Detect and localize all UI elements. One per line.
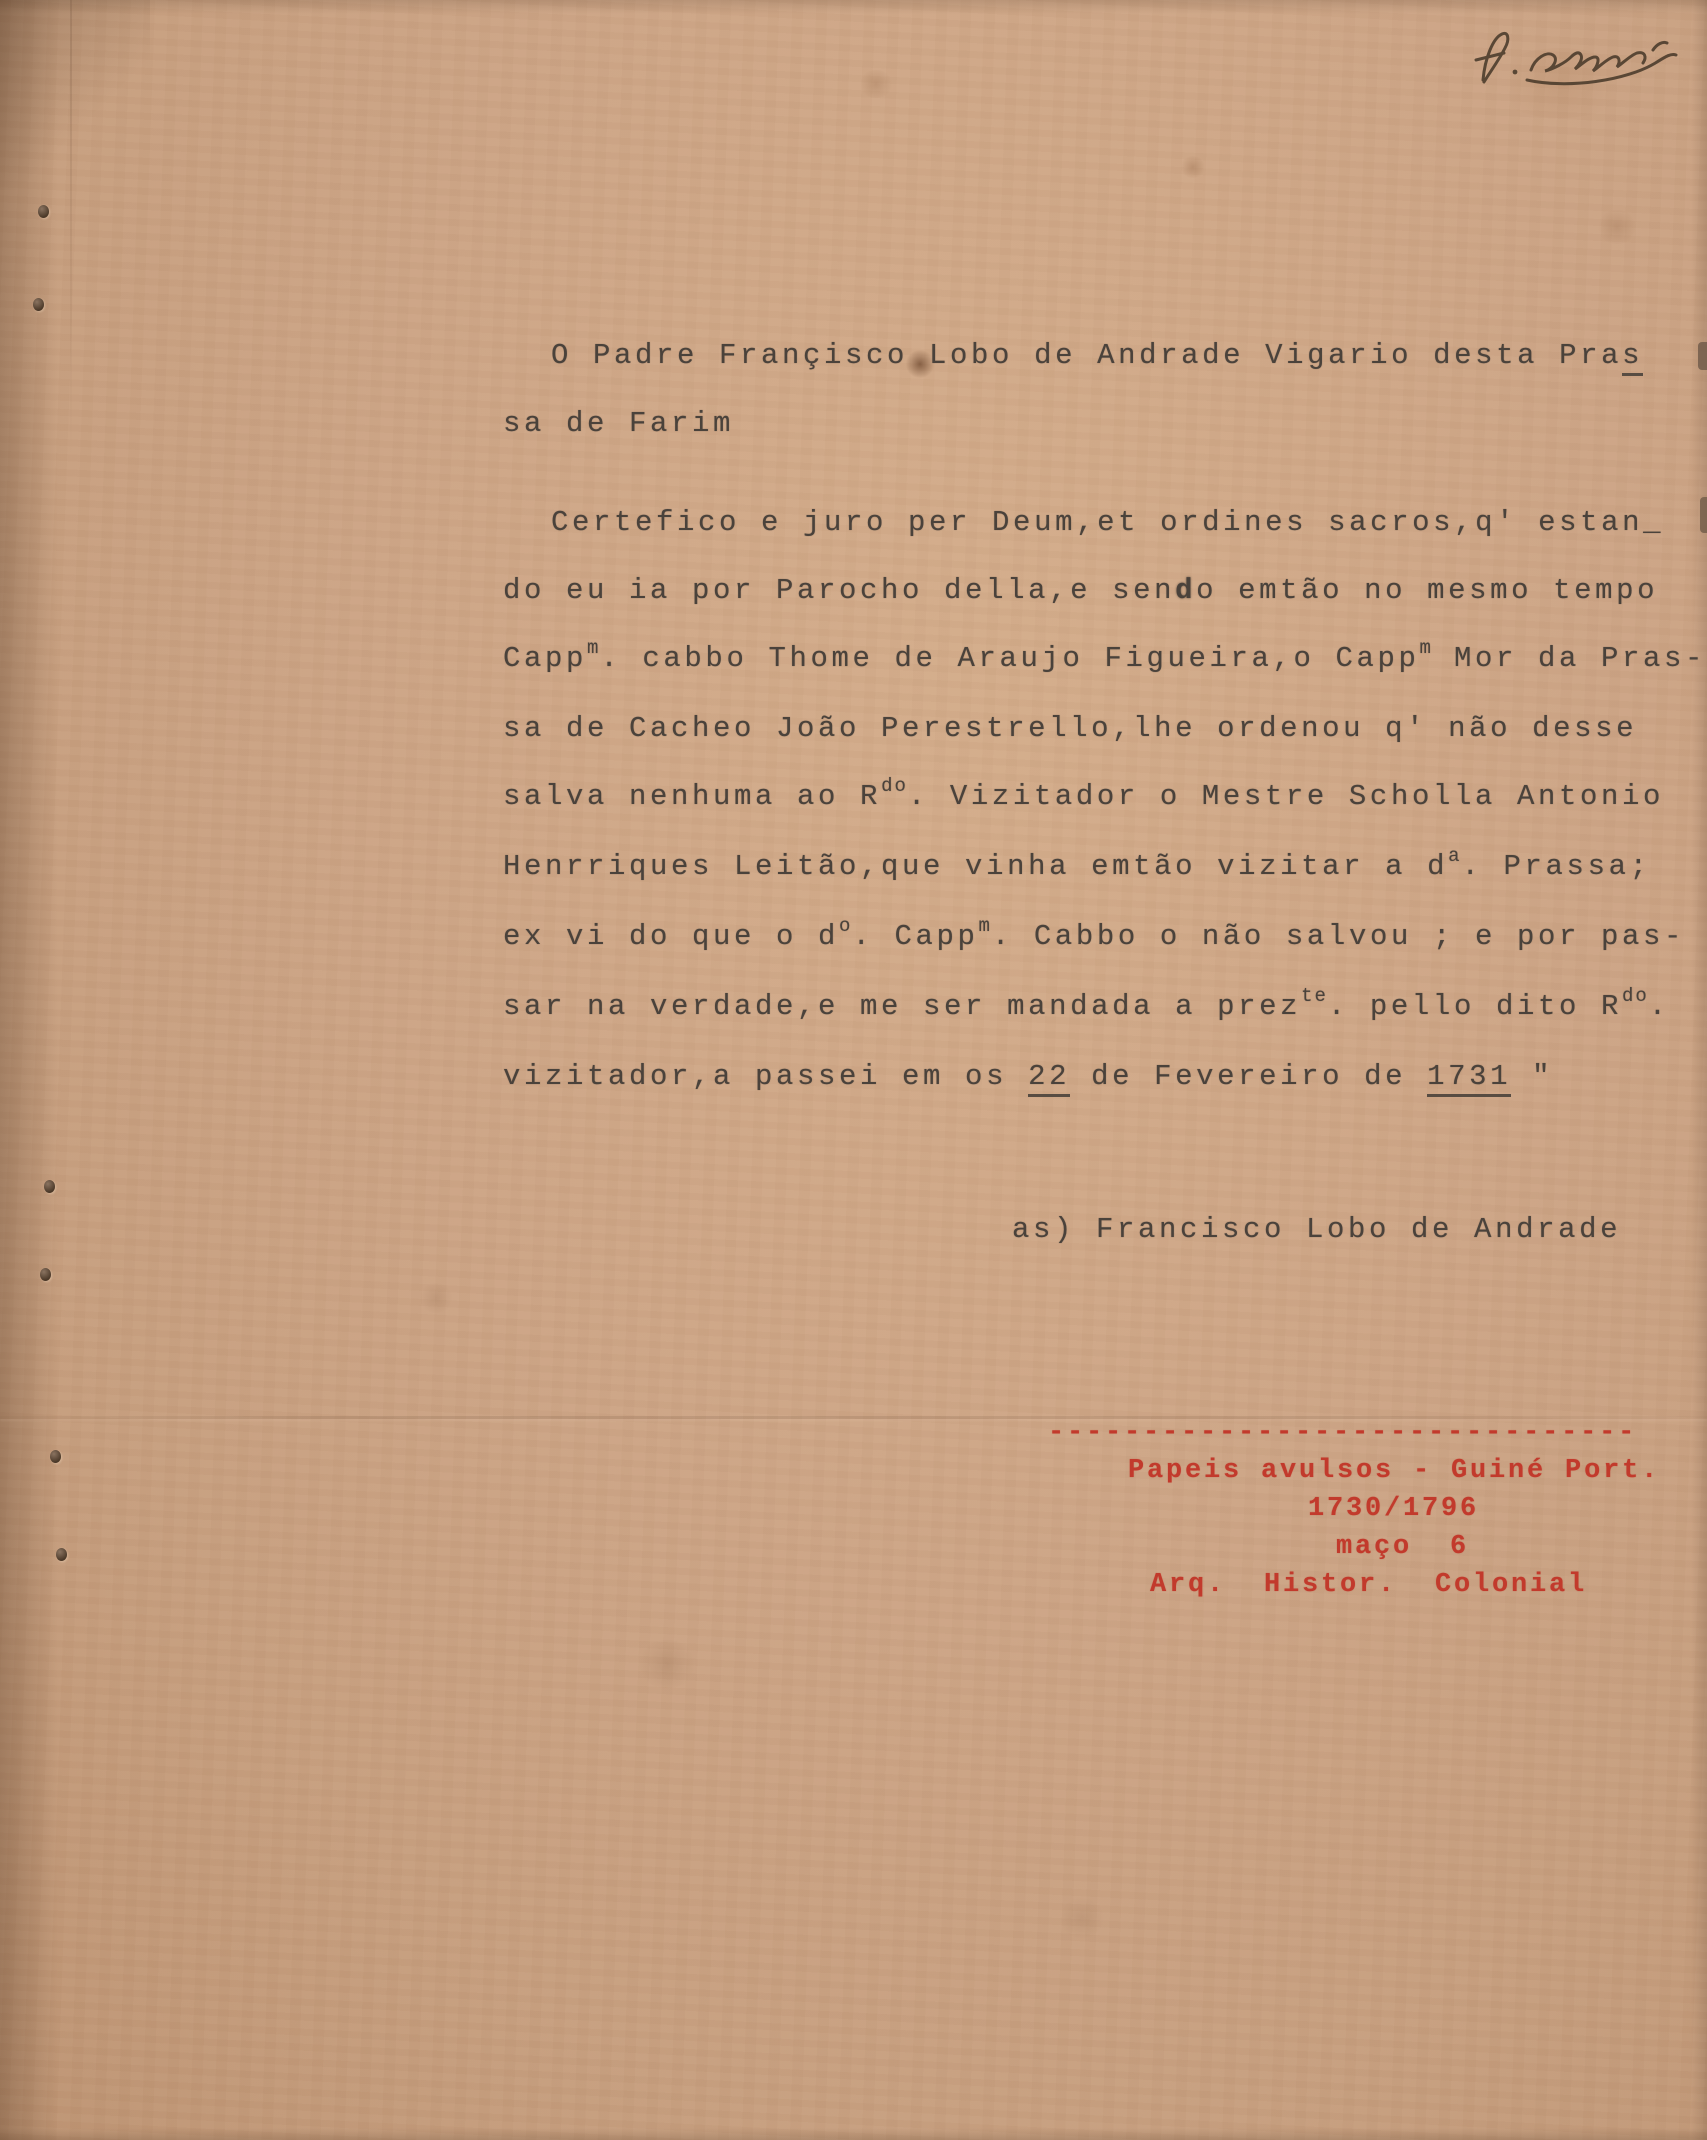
typed-line: Cappm. cabbo Thome de Araujo Figueira,o … xyxy=(503,625,1706,695)
paper-edge-shadow-top xyxy=(0,0,1707,14)
paper-edge-shadow-bottom xyxy=(0,2128,1707,2140)
vertical-fold-crease xyxy=(70,0,72,460)
stamp-bundle-line: maço 6 xyxy=(1336,1532,1469,1562)
paper-stain xyxy=(1058,1898,1106,1938)
stamp-dashed-line: ------------------------------- xyxy=(1048,1418,1637,1448)
paper-stain xyxy=(1596,210,1638,244)
punch-hole xyxy=(38,205,49,218)
document-body: Certefico e juro per Deum,et ordines sac… xyxy=(503,489,1706,1111)
punch-hole xyxy=(50,1450,61,1463)
paper-stain xyxy=(636,1640,698,1688)
document-heading: O Padre Françisco Lobo de Andrade Vigari… xyxy=(503,322,1643,458)
scanned-document-page: O Padre Françisco Lobo de Andrade Vigari… xyxy=(0,0,1707,2140)
typed-line: sar na verdade,e me ser mandada a prezte… xyxy=(503,973,1706,1043)
paper-corner-crease xyxy=(0,0,150,190)
stamp-collection-line: Papeis avulsos - Guiné Port. xyxy=(1128,1456,1660,1486)
typed-line: sa de Cacheo João Perestrello,lhe ordeno… xyxy=(503,695,1706,763)
punch-hole xyxy=(33,298,44,311)
typed-line: sa de Farim xyxy=(503,390,1643,458)
paper-stain xyxy=(858,70,894,98)
punch-hole xyxy=(56,1548,67,1561)
handwritten-signature xyxy=(1455,14,1705,109)
signature-line: as) Francisco Lobo de Andrade xyxy=(1012,1196,1621,1264)
punch-hole xyxy=(44,1180,55,1193)
typed-line: vizitador,a passei em os 22 de Fevereiro… xyxy=(503,1043,1706,1111)
paper-stain xyxy=(418,1283,454,1313)
typed-line: Certefico e juro per Deum,et ordines sac… xyxy=(503,489,1706,557)
paper-stain xyxy=(1180,156,1206,178)
typed-line: Henrriques Leitão,que vinha emtão vizita… xyxy=(503,833,1706,903)
paper-edge-shadow-left xyxy=(0,0,58,2140)
typed-line: ex vi do que o do. Cappm. Cabbo o não sa… xyxy=(503,903,1706,973)
typed-line: do eu ia por Parocho della,e sendo emtão… xyxy=(503,557,1706,625)
typed-line: O Padre Françisco Lobo de Andrade Vigari… xyxy=(503,322,1643,390)
stamp-archive-line: Arq. Histor. Colonial xyxy=(1150,1570,1587,1600)
punch-hole xyxy=(40,1268,51,1281)
typed-line: salva nenhuma ao Rdo. Vizitador o Mestre… xyxy=(503,763,1706,833)
stamp-years-line: 1730/1796 xyxy=(1308,1494,1479,1524)
archive-reference-stamp: ------------------------------- Papeis a… xyxy=(1040,1424,1680,1614)
paper-edge-chip xyxy=(1698,342,1707,370)
